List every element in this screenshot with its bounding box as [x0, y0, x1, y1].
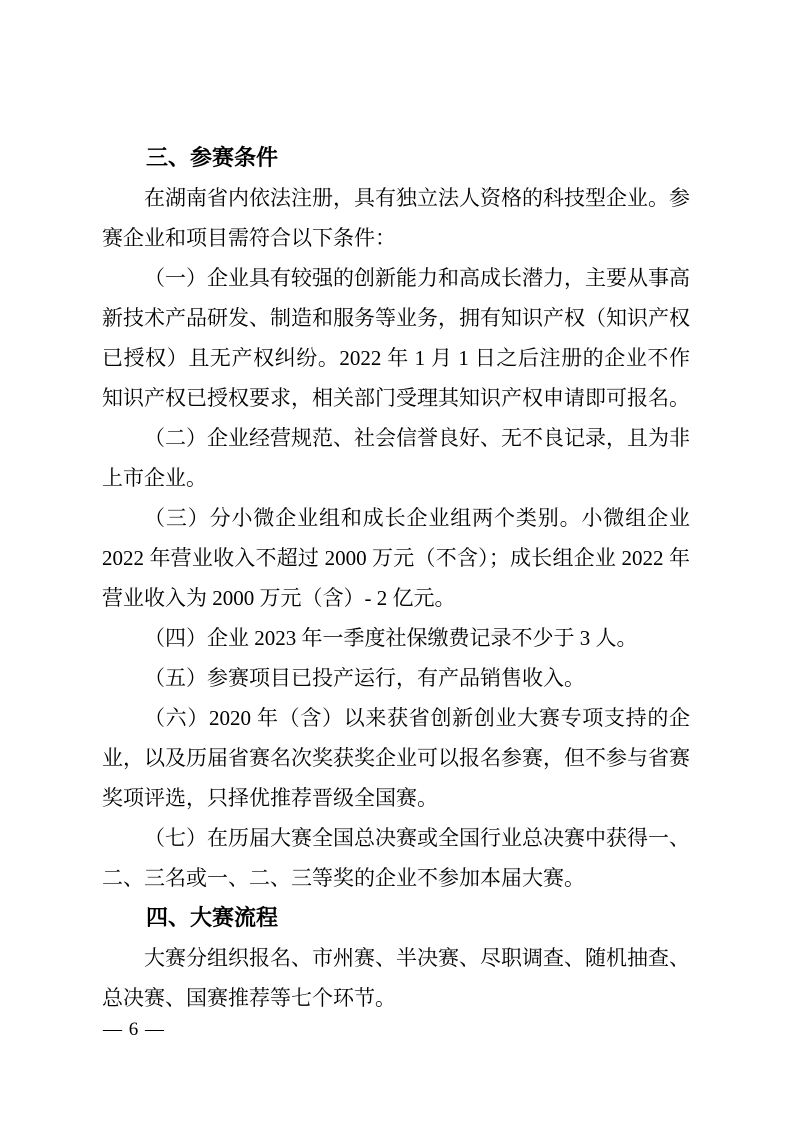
page-number: — 6 — [103, 1016, 165, 1044]
paragraph-item-5: （五）参赛项目已投产运行，有产品销售收入。 [102, 658, 690, 698]
section-heading-entry-conditions: 三、参赛条件 [102, 138, 690, 178]
paragraph-item-7: （七）在历届大赛全国总决赛或全国行业总决赛中获得一、二、三名或一、二、三等奖的企… [102, 818, 690, 898]
paragraph-item-3: （三）分小微企业组和成长企业组两个类别。小微组企业 2022 年营业收入不超过 … [102, 498, 690, 618]
paragraph-item-6: （六）2020 年（含）以来获省创新创业大赛专项支持的企业，以及历届省赛名次奖获… [102, 698, 690, 818]
section-heading-competition-process: 四、大赛流程 [102, 898, 690, 938]
document-page: 三、参赛条件 在湖南省内依法注册，具有独立法人资格的科技型企业。参赛企业和项目需… [0, 0, 793, 1122]
paragraph-item-1: （一）企业具有较强的创新能力和高成长潜力，主要从事高新技术产品研发、制造和服务等… [102, 258, 690, 418]
paragraph-item-2: （二）企业经营规范、社会信誉良好、无不良记录，且为非上市企业。 [102, 418, 690, 498]
paragraph-intro: 在湖南省内依法注册，具有独立法人资格的科技型企业。参赛企业和项目需符合以下条件： [102, 178, 690, 258]
document-body: 三、参赛条件 在湖南省内依法注册，具有独立法人资格的科技型企业。参赛企业和项目需… [102, 138, 690, 1018]
paragraph-process: 大赛分组织报名、市州赛、半决赛、尽职调查、随机抽查、总决赛、国赛推荐等七个环节。 [102, 938, 690, 1018]
paragraph-item-4: （四）企业 2023 年一季度社保缴费记录不少于 3 人。 [102, 618, 690, 658]
